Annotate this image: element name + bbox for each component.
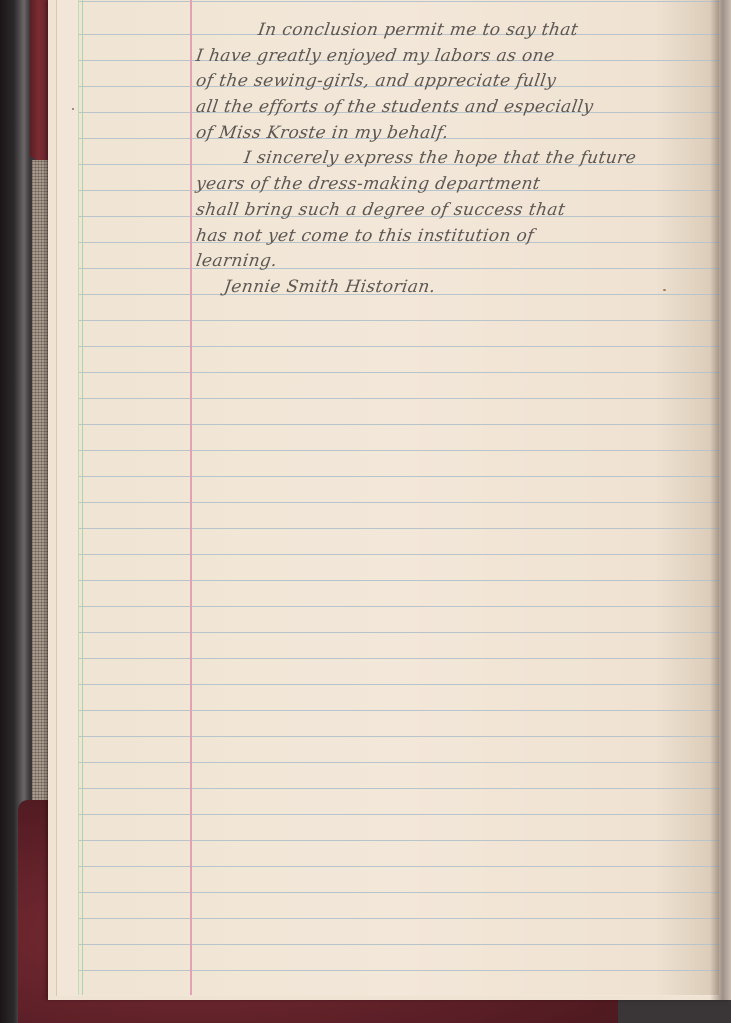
signature-title: Historian. [344,277,437,297]
text-line: In conclusion permit me to say that [194,18,728,44]
paragraph-1: In conclusion permit me to say that I ha… [196,18,726,146]
text-line: I sincerely express the hope that the fu… [194,146,728,172]
text-line: I have greatly enjoyed my labors as one [194,44,728,70]
signature-name: Jennie Smith [223,277,341,297]
paper-mark [72,108,74,110]
paragraph-2: I sincerely express the hope that the fu… [196,146,726,274]
text-line: learning. [194,249,728,275]
text-line: shall bring such a degree of success tha… [194,198,728,224]
text-line: has not yet come to this institution of [194,224,728,250]
red-margin-line [190,0,192,995]
text-line: all the efforts of the students and espe… [194,95,728,121]
green-margin-line [82,0,83,995]
text-line: of the sewing-girls, and appreciate full… [194,69,728,95]
text-line: years of the dress-making department [194,172,728,198]
text-line: of Miss Kroste in my behalf. [194,121,728,147]
signature-line: Jennie Smith Historian. [194,275,728,301]
handwritten-text: In conclusion permit me to say that I ha… [196,18,726,301]
